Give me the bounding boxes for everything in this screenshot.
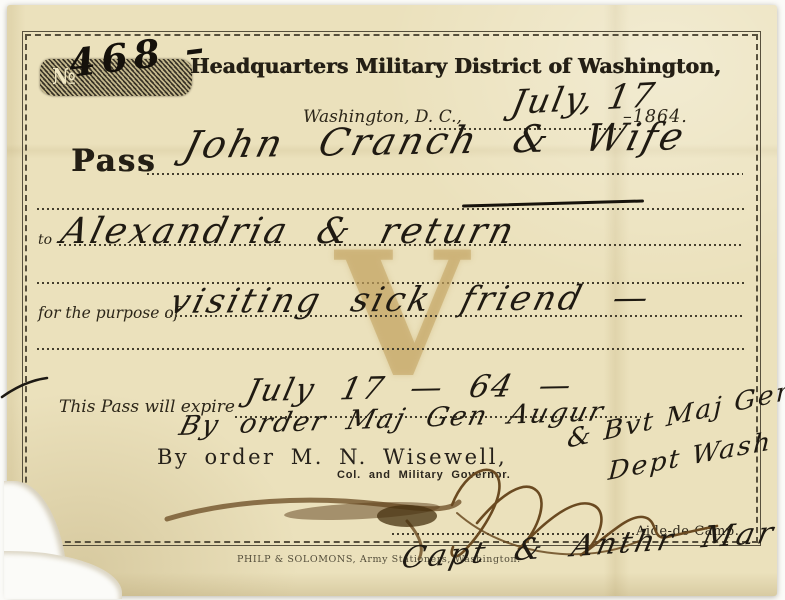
paper-sheet: № 468 – Headquarters Military District o… [7,5,777,596]
torn-corner-lower [4,551,122,599]
blank-rule-1 [37,208,744,210]
pass-rule [147,173,743,175]
to-label: to [38,232,52,248]
header-title: Headquarters Military District of Washin… [173,55,738,78]
blank-rule-3 [37,348,744,350]
pass-name-value: John Cranch & Wife [179,114,691,167]
left-pen-stroke [0,371,50,403]
pass-label: Pass [71,143,156,179]
purpose-value: visiting sick friend — [166,278,656,322]
purpose-label: for the purpose of [38,304,179,322]
scanned-pass-document: № 468 – Headquarters Military District o… [0,0,785,600]
